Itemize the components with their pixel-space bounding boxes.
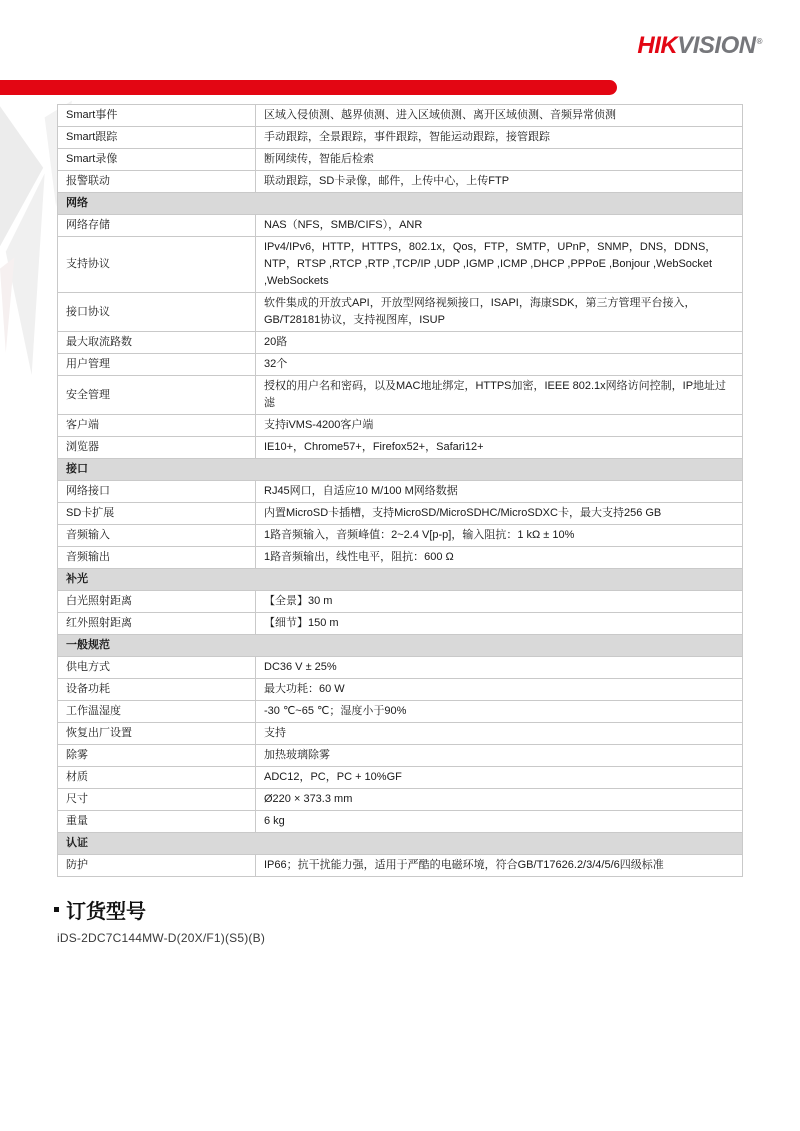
square-bullet-icon [54, 907, 59, 912]
spec-label: 白光照射距离 [58, 591, 256, 612]
table-row: 用户管理32个 [58, 353, 742, 375]
table-row: 网络存储NAS（NFS，SMB/CIFS），ANR [58, 214, 742, 236]
table-row: Smart跟踪手动跟踪，全景跟踪，事件跟踪，智能运动跟踪，接管跟踪 [58, 126, 742, 148]
spec-value: 区域入侵侦测、越界侦测、进入区域侦测、离开区域侦测、音频异常侦测 [256, 105, 742, 126]
spec-value: 1路音频输入，音频峰值：2~2.4 V[p-p]，输入阻抗：1 kΩ ± 10% [256, 525, 742, 546]
spec-value: 【细节】150 m [256, 613, 742, 634]
spec-value: RJ45网口，自适应10 M/100 M网络数据 [256, 481, 742, 502]
spec-label: 供电方式 [58, 657, 256, 678]
spec-label: 用户管理 [58, 354, 256, 375]
spec-label: 网络接口 [58, 481, 256, 502]
spec-value: NAS（NFS，SMB/CIFS），ANR [256, 215, 742, 236]
spec-value: Ø220 × 373.3 mm [256, 789, 742, 810]
spec-value: 1路音频输出，线性电平，阻抗：600 Ω [256, 547, 742, 568]
spec-label: 防护 [58, 855, 256, 876]
table-row: 防护IP66；抗干扰能力强，适用于严酷的电磁环境，符合GB/T17626.2/3… [58, 854, 742, 876]
table-row: 供电方式DC36 V ± 25% [58, 656, 742, 678]
spec-value: 授权的用户名和密码，以及MAC地址绑定，HTTPS加密，IEEE 802.1x网… [256, 376, 742, 414]
spec-value: 软件集成的开放式API，开放型网络视频接口，ISAPI，海康SDK，第三方管理平… [256, 293, 742, 331]
spec-label: 红外照射距离 [58, 613, 256, 634]
table-row: 接口协议软件集成的开放式API，开放型网络视频接口，ISAPI，海康SDK，第三… [58, 292, 742, 331]
order-model-title: 订货型号 [66, 895, 146, 924]
table-row: 安全管理授权的用户名和密码，以及MAC地址绑定，HTTPS加密，IEEE 802… [58, 375, 742, 414]
section-title: 补光 [58, 569, 742, 590]
spec-value: 20路 [256, 332, 742, 353]
spec-label: 报警联动 [58, 171, 256, 192]
section-title: 接口 [58, 459, 742, 480]
spec-value: 【全景】30 m [256, 591, 742, 612]
spec-label: 重量 [58, 811, 256, 832]
spec-value: 内置MicroSD卡插槽，支持MicroSD/MicroSDHC/MicroSD… [256, 503, 742, 524]
spec-label: 音频输出 [58, 547, 256, 568]
table-row: Smart事件区域入侵侦测、越界侦测、进入区域侦测、离开区域侦测、音频异常侦测 [58, 105, 742, 126]
table-row: 除雾加热玻璃除雾 [58, 744, 742, 766]
spec-label: 浏览器 [58, 437, 256, 458]
section-row: 认证 [58, 832, 742, 854]
spec-table: Smart事件区域入侵侦测、越界侦测、进入区域侦测、离开区域侦测、音频异常侦测S… [57, 104, 743, 877]
spec-label: SD卡扩展 [58, 503, 256, 524]
table-row: 设备功耗最大功耗：60 W [58, 678, 742, 700]
section-row: 补光 [58, 568, 742, 590]
spec-value: 加热玻璃除雾 [256, 745, 742, 766]
spec-value: 联动跟踪，SD卡录像，邮件，上传中心，上传FTP [256, 171, 742, 192]
spec-label: 材质 [58, 767, 256, 788]
spec-label: 接口协议 [58, 293, 256, 331]
spec-value: 最大功耗：60 W [256, 679, 742, 700]
spec-label: 最大取流路数 [58, 332, 256, 353]
table-row: 红外照射距离【细节】150 m [58, 612, 742, 634]
table-row: 浏览器IE10+，Chrome57+，Firefox52+，Safari12+ [58, 436, 742, 458]
table-row: Smart录像断网续传，智能后检索 [58, 148, 742, 170]
table-row: 音频输入1路音频输入，音频峰值：2~2.4 V[p-p]，输入阻抗：1 kΩ ±… [58, 524, 742, 546]
section-title: 网络 [58, 193, 742, 214]
datasheet-page: HIKVISION® Smart事件区域入侵侦测、越界侦测、进入区域侦测、离开区… [0, 0, 800, 1131]
spec-value: IE10+，Chrome57+，Firefox52+，Safari12+ [256, 437, 742, 458]
table-row: 音频输出1路音频输出，线性电平，阻抗：600 Ω [58, 546, 742, 568]
hikvision-logo: HIKVISION® [637, 32, 762, 60]
spec-value: DC36 V ± 25% [256, 657, 742, 678]
spec-label: 网络存储 [58, 215, 256, 236]
spec-value: -30 ℃~65 ℃；湿度小于90% [256, 701, 742, 722]
logo-vision-text: VISION [677, 32, 755, 59]
table-row: 材质ADC12，PC，PC + 10%GF [58, 766, 742, 788]
table-row: 网络接口RJ45网口，自适应10 M/100 M网络数据 [58, 480, 742, 502]
spec-label: 尺寸 [58, 789, 256, 810]
spec-label: 音频输入 [58, 525, 256, 546]
table-row: 白光照射距离【全景】30 m [58, 590, 742, 612]
spec-value: IP66；抗干扰能力强，适用于严酷的电磁环境，符合GB/T17626.2/3/4… [256, 855, 742, 876]
table-row: SD卡扩展内置MicroSD卡插槽，支持MicroSD/MicroSDHC/Mi… [58, 502, 742, 524]
order-model-heading: 订货型号 [54, 895, 146, 924]
section-row: 接口 [58, 458, 742, 480]
registered-trademark-icon: ® [757, 37, 762, 46]
spec-label: 客户端 [58, 415, 256, 436]
section-title: 认证 [58, 833, 742, 854]
spec-value: 支持 [256, 723, 742, 744]
logo-hik-text: HIK [637, 32, 677, 59]
spec-value: 6 kg [256, 811, 742, 832]
spec-value: 支持iVMS-4200客户端 [256, 415, 742, 436]
spec-label: 支持协议 [58, 237, 256, 292]
table-row: 最大取流路数20路 [58, 331, 742, 353]
table-row: 报警联动联动跟踪，SD卡录像，邮件，上传中心，上传FTP [58, 170, 742, 192]
spec-label: Smart录像 [58, 149, 256, 170]
spec-value: ADC12，PC，PC + 10%GF [256, 767, 742, 788]
spec-label: 安全管理 [58, 376, 256, 414]
table-row: 工作温湿度-30 ℃~65 ℃；湿度小于90% [58, 700, 742, 722]
spec-value: 32个 [256, 354, 742, 375]
table-row: 尺寸Ø220 × 373.3 mm [58, 788, 742, 810]
spec-label: Smart跟踪 [58, 127, 256, 148]
spec-label: 除雾 [58, 745, 256, 766]
order-model-number: iDS-2DC7C144MW-D(20X/F1)(S5)(B) [57, 931, 265, 945]
section-row: 一般规范 [58, 634, 742, 656]
spec-label: 恢复出厂设置 [58, 723, 256, 744]
spec-value: IPv4/IPv6，HTTP，HTTPS，802.1x，Qos，FTP，SMTP… [256, 237, 742, 292]
spec-label: 设备功耗 [58, 679, 256, 700]
section-row: 网络 [58, 192, 742, 214]
table-row: 重量6 kg [58, 810, 742, 832]
spec-label: Smart事件 [58, 105, 256, 126]
spec-value: 手动跟踪，全景跟踪，事件跟踪，智能运动跟踪，接管跟踪 [256, 127, 742, 148]
section-title: 一般规范 [58, 635, 742, 656]
spec-value: 断网续传，智能后检索 [256, 149, 742, 170]
table-row: 恢复出厂设置支持 [58, 722, 742, 744]
red-accent-bar [0, 80, 617, 95]
table-row: 支持协议IPv4/IPv6，HTTP，HTTPS，802.1x，Qos，FTP，… [58, 236, 742, 292]
spec-label: 工作温湿度 [58, 701, 256, 722]
table-row: 客户端支持iVMS-4200客户端 [58, 414, 742, 436]
